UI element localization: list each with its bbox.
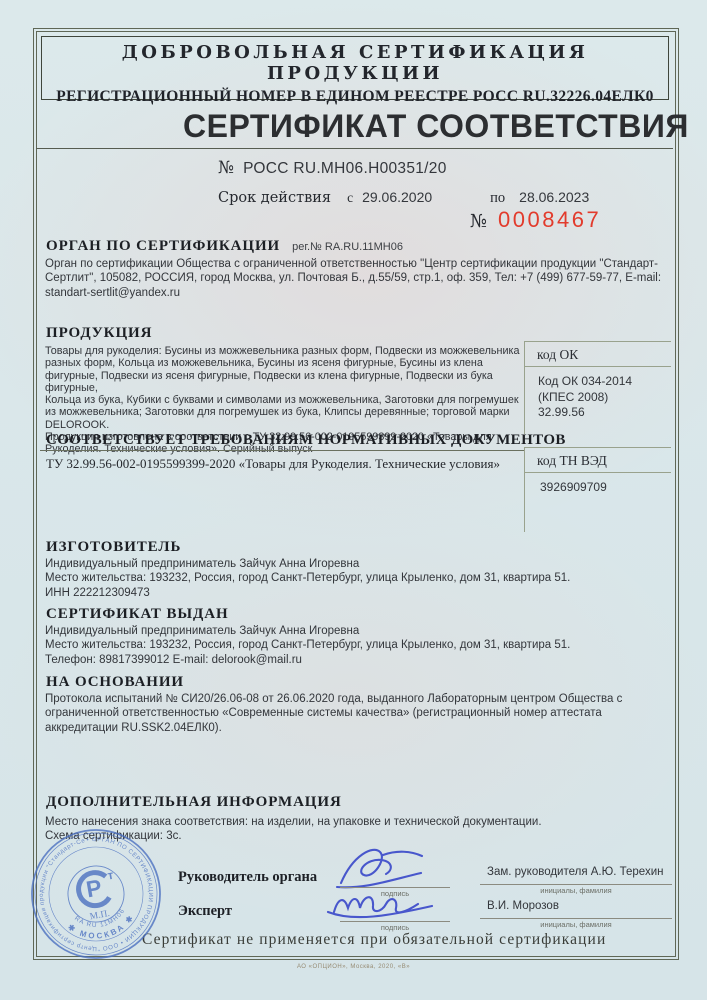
valid-to-date: 28.06.2023	[519, 189, 589, 205]
issued-to-heading: СЕРТИФИКАТ ВЫДАН	[46, 606, 229, 623]
certification-scheme-title: ДОБРОВОЛЬНАЯ СЕРТИФИКАЦИЯ ПРОДУКЦИИ	[42, 42, 668, 84]
rst-logo-letter-t: т	[106, 868, 114, 883]
ok-code-box: код ОК Код ОК 034-2014 (КПЕС 2008) 32.99…	[524, 341, 671, 434]
certificate-title: СЕРТИФИКАТ СООТВЕТСТВИЯ	[183, 108, 689, 145]
manufacturer-inn: ИНН 222212309473	[45, 586, 671, 600]
number-sign: №	[218, 158, 234, 178]
manufacturer-block: Индивидуальный предприниматель Зайчук Ан…	[45, 557, 671, 600]
head-role-label: Руководитель органа	[178, 869, 317, 886]
round-seal-stamp: • ОРГАН ПО СЕРТИФИКАЦИИ ПРОДУКЦИИ • ООО …	[26, 824, 166, 964]
certificate-number: РОСС RU.МН06.Н00351/20	[243, 160, 447, 178]
valid-from-date: 29.06.2020	[362, 189, 432, 205]
tnved-code-value: 3926909709	[525, 473, 671, 496]
rst-logo-icon: Р т	[76, 868, 119, 908]
certificate-page: ДОБРОВОЛЬНАЯ СЕРТИФИКАЦИЯ ПРОДУКЦИИ РЕГИ…	[0, 0, 707, 1000]
form-number-row: № 0008467	[470, 207, 601, 233]
validity-row: Срок действия с 29.06.2020 по 28.06.2023	[218, 189, 589, 207]
basis-heading: НА ОСНОВАНИИ	[46, 674, 184, 691]
head-name-caption: инициалы, фамилия	[480, 886, 672, 895]
ok-code-label: код ОК	[525, 342, 671, 367]
issued-to-name: Индивидуальный предприниматель Зайчук Ан…	[45, 624, 671, 638]
validity-label: Срок действия	[218, 190, 331, 206]
expert-role-label: Эксперт	[178, 903, 232, 920]
head-name-line	[480, 884, 672, 885]
compliance-document: ТУ 32.99.56-002-0195599399-2020 «Товары …	[46, 456, 500, 472]
footer-note: Сертификат не применяется при обязательн…	[142, 931, 606, 949]
rst-logo-letter-r: Р	[84, 874, 104, 902]
title-divider	[36, 148, 673, 149]
valid-from-prefix: с	[347, 190, 353, 206]
header-box: ДОБРОВОЛЬНАЯ СЕРТИФИКАЦИЯ ПРОДУКЦИИ РЕГИ…	[41, 36, 669, 100]
manufacturer-heading: ИЗГОТОВИТЕЛЬ	[46, 539, 181, 556]
certification-body-reg-number: рег.№ RA.RU.11МН06	[292, 241, 403, 253]
form-number-sign: №	[470, 211, 487, 232]
expert-signature-line	[340, 921, 450, 922]
compliance-underline	[40, 450, 524, 451]
manufacturer-address: Место жительства: 193232, Россия, город …	[45, 571, 671, 585]
issued-to-address: Место жительства: 193232, Россия, город …	[45, 638, 671, 652]
tnved-code-label: код ТН ВЭД	[525, 448, 671, 473]
expert-name: В.И. Морозов	[487, 900, 559, 912]
tnved-code-box: код ТН ВЭД 3926909709	[524, 447, 671, 532]
registry-number-line: РЕГИСТРАЦИОННЫЙ НОМЕР В ЕДИНОМ РЕЕСТРЕ Р…	[42, 88, 668, 106]
expert-name-caption: инициалы, фамилия	[480, 920, 672, 929]
certification-body-heading-row: ОРГАН ПО СЕРТИФИКАЦИИ рег.№ RA.RU.11МН06	[46, 238, 403, 255]
compliance-heading: СООТВЕТСТВУЕТ ТРЕБОВАНИЯМ НОРМАТИВНЫХ ДО…	[46, 432, 566, 449]
certification-body-heading: ОРГАН ПО СЕРТИФИКАЦИИ	[46, 238, 280, 255]
ok-code-value: Код ОК 034-2014 (КПЕС 2008) 32.99.56	[525, 367, 671, 421]
head-name: Зам. руководителя А.Ю. Терехин	[487, 866, 663, 878]
certification-body-text: Орган по сертификации Общества с огранич…	[45, 257, 671, 300]
expert-name-line	[480, 918, 672, 919]
product-heading: ПРОДУКЦИЯ	[46, 325, 152, 342]
form-number: 0008467	[498, 207, 601, 233]
certificate-number-row: № РОСС RU.МН06.Н00351/20	[218, 158, 447, 178]
valid-to-prefix: по	[490, 190, 505, 207]
printer-imprint: АО «ОПЦИОН», Москва, 2020, «В»	[0, 964, 707, 970]
issued-to-contacts: Телефон: 89817399012 E-mail: delorook@ma…	[45, 653, 671, 667]
basis-text: Протокола испытаний № СИ20/26.06-08 от 2…	[45, 692, 673, 735]
manufacturer-name: Индивидуальный предприниматель Зайчук Ан…	[45, 557, 671, 571]
issued-to-block: Индивидуальный предприниматель Зайчук Ан…	[45, 624, 671, 667]
additional-info-heading: ДОПОЛНИТЕЛЬНАЯ ИНФОРМАЦИЯ	[46, 794, 342, 811]
